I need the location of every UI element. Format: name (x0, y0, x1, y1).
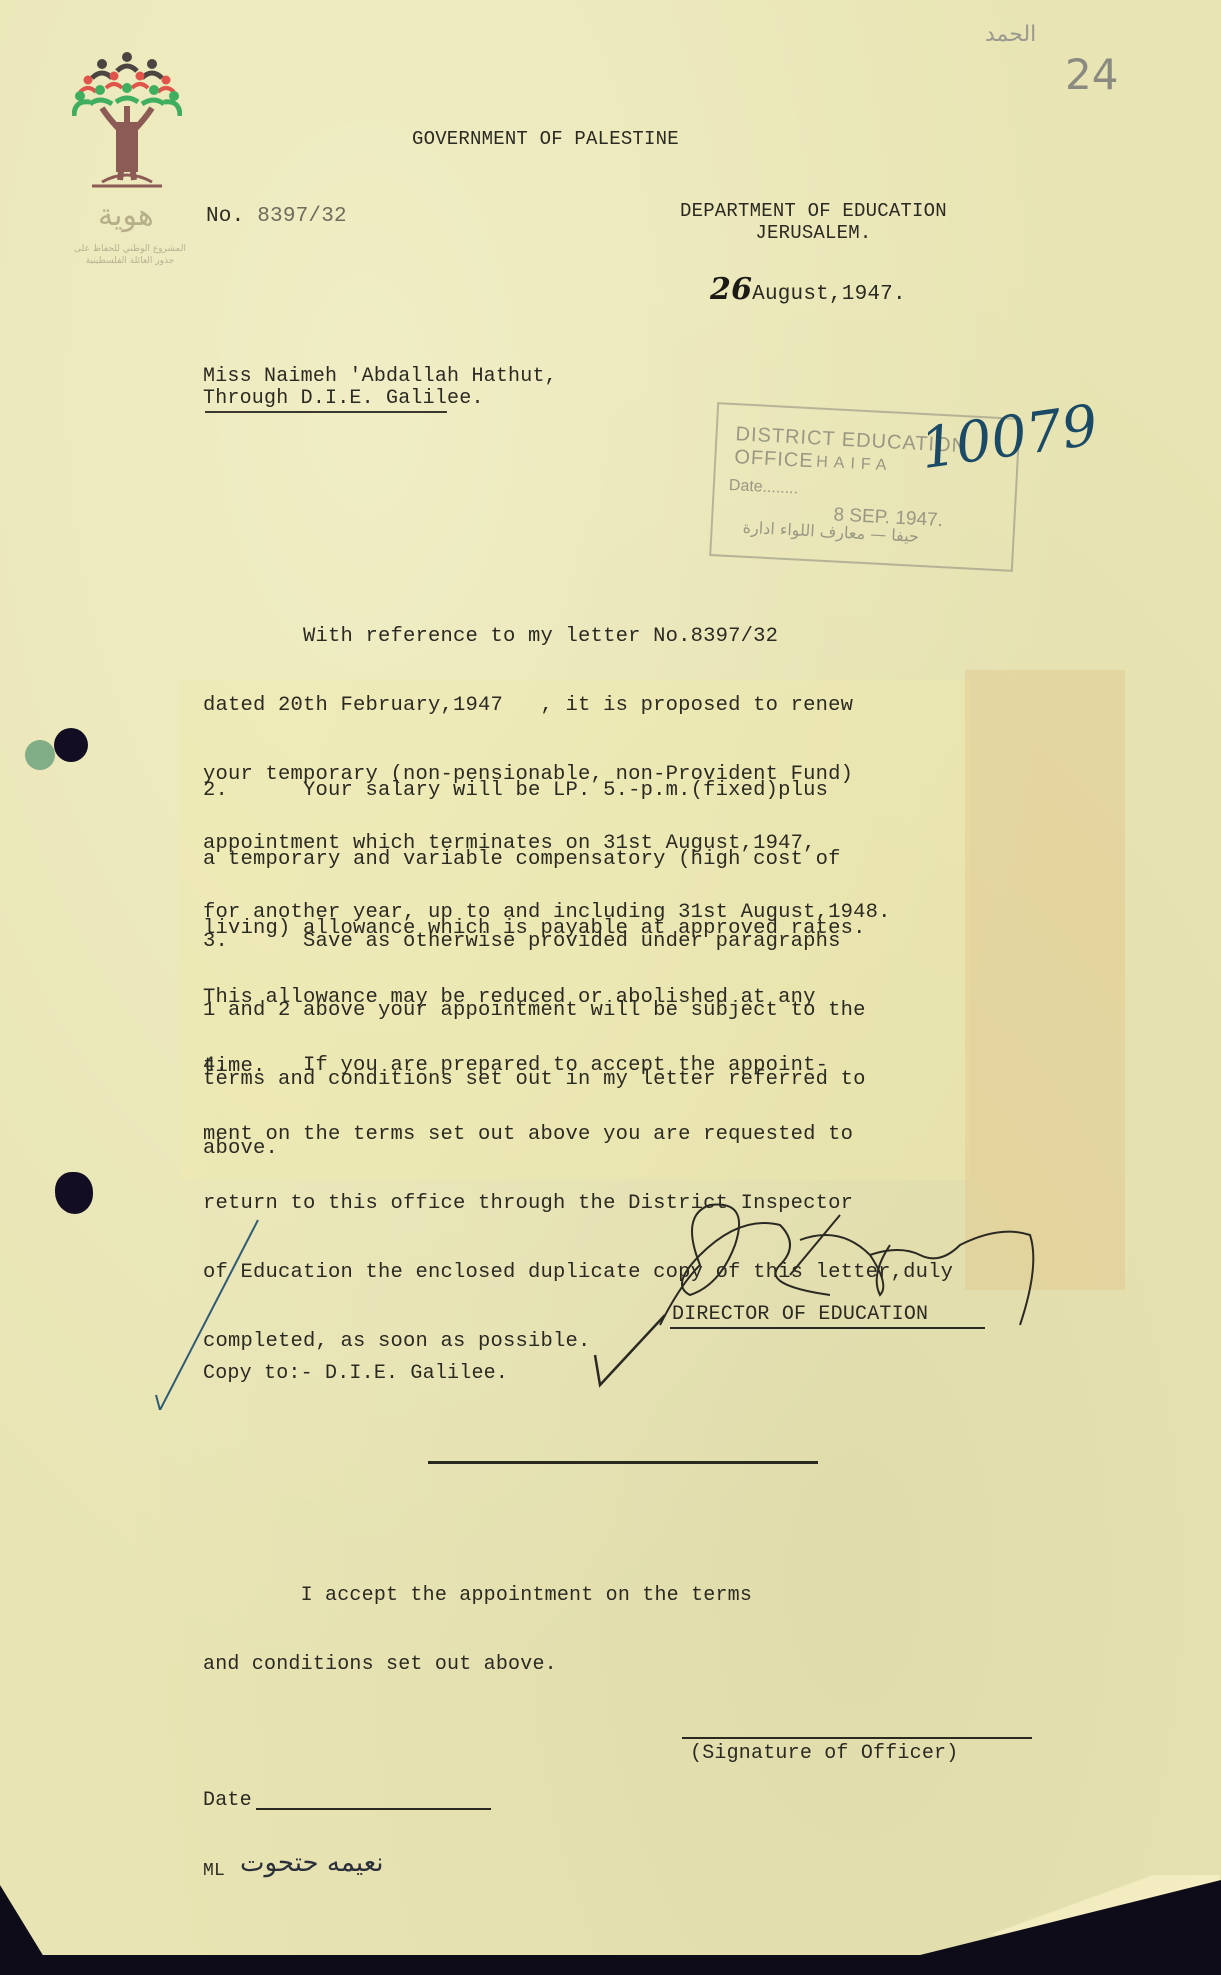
archive-subtitle: المشروع الوطني للحفاظ على جذور العائلة ا… (50, 243, 210, 267)
acceptance-date-label: Date (203, 1788, 252, 1814)
address-underline (205, 411, 447, 413)
signatory-title: DIRECTOR OF EDUCATION (672, 1302, 928, 1328)
government-heading: GOVERNMENT OF PALESTINE (412, 126, 679, 152)
checkmark-icon (590, 1310, 670, 1390)
acceptance-statement: I accept the appointment on the terms an… (203, 1538, 752, 1699)
scan-background-edge (0, 1955, 1221, 1975)
officer-signature-caption: (Signature of Officer) (690, 1741, 958, 1767)
acceptance-date-line (256, 1808, 491, 1810)
ml-label: ML (203, 1858, 225, 1884)
officer-signature-line (682, 1737, 1032, 1739)
section-divider (428, 1461, 818, 1464)
signatory-underline (670, 1327, 985, 1329)
folio-number: 24 (1065, 50, 1118, 99)
punch-hole (54, 728, 88, 762)
punch-hole (55, 1172, 93, 1214)
scan-background-corner (900, 1880, 1221, 1960)
copy-to-line: Copy to:- D.I.E. Galilee. (203, 1361, 508, 1387)
recipient-route: Through D.I.E. Galilee. (203, 386, 484, 412)
department-heading: DEPARTMENT OF EDUCATIONJERUSALEM. (680, 200, 947, 244)
archive-wordmark: هوية (98, 198, 154, 233)
reference-number: No. 8397/32 (206, 204, 347, 230)
archive-tree-logo-icon (72, 50, 182, 190)
handwritten-arabic-signature: نعيمه حتحوت (240, 1848, 383, 1878)
folio-arabic-note: الحمد (985, 22, 1036, 47)
handwritten-day: 26 (710, 272, 752, 307)
letter-date: 26August,1947. (710, 277, 906, 308)
punch-hole-shadow (25, 740, 55, 770)
